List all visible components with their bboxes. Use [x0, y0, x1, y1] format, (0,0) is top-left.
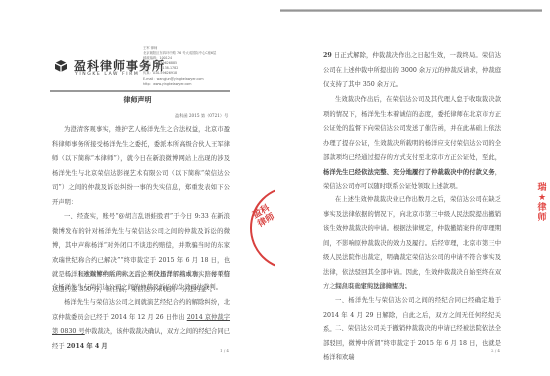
date-bold: 29 [323, 52, 332, 59]
document-page-1: 盈科律师事务所 YINGKE LAW FIRM 王军 律师 北京朝阳区东四环中路… [0, 0, 275, 376]
red-seal-stamp-edge: 瑞★律师 [534, 183, 550, 243]
document-title: 律师声明 [0, 95, 275, 105]
paragraph-payment: 生效裁决作出后，在荣信达公司及其代理人怠于收取裁决款项的情况下，杨洋先生本着诚信… [323, 93, 501, 195]
paragraph-conclusion-2: 二、荣信达公司关于撤销仲裁裁决的申请已经被法院依法全部驳回，微博中所谓“终审裁定… [323, 322, 501, 366]
firm-logo-icon [54, 59, 68, 73]
letterhead: 盈科律师事务所 YINGKE LAW FIRM 王军 律师 北京朝阳区东四环中路… [52, 50, 234, 88]
paragraph-point-2: 二、上述微博中所声称之言论不仅违背了基本事实，亦不符合杨洋先生与荣信达公司之间的… [52, 268, 230, 294]
page-top-edge [280, 9, 542, 12]
text-run: 生效裁决作出后，在荣信达公司及其代理人怠于收取裁决款项的情况下，杨洋先生本着诚信… [323, 96, 501, 161]
contact-block: 王军 律师 北京朝阳区东四环中路 76 号大成国际中心C座6层 邮政编码：100… [143, 46, 216, 87]
paragraph-continued: 29 日正式解除，仲裁裁决作出之日起生效，一裁终局。荣信达公司在上述仲裁中所提出… [323, 49, 501, 93]
document-reference: 盈科函 2015 第（0721）号 [175, 113, 228, 119]
page-number: 2 / 4 [491, 348, 500, 353]
firm-name-en: YINGKE LAW FIRM [75, 72, 139, 77]
document-page-2: 29 日正式解除，仲裁裁决作出之日起生效，一裁终局。荣信达公司在上述仲裁中所提出… [275, 0, 550, 376]
contact-line: http：www.yingkelawyer.com [143, 82, 216, 87]
page-number: 1 / 4 [220, 348, 229, 353]
text-run: 日正式解除，仲裁裁决作出之日起生效，一裁终局。荣信达公司在上述仲裁中所提出的 3… [323, 52, 501, 88]
paragraph-arbitration: 杨洋先生与荣信达公司之间就演艺经纪合约的解除纠纷，北京仲裁委员会已经于 2014… [52, 296, 230, 354]
letterhead-divider [50, 90, 230, 92]
bold-statement: 杨洋先生已经依法完整、充分地履行了仲裁裁决中的付款义务 [323, 169, 495, 176]
date-bold: 2014 年 4 月 [67, 343, 108, 350]
paragraph-summary: 综合以上事实及法律情况： [323, 280, 501, 295]
paragraph-intro: 为澄清客观事实，维护艺人杨洋先生之合法权益，北京市盈科律师事务所接受杨洋先生之委… [52, 123, 230, 210]
